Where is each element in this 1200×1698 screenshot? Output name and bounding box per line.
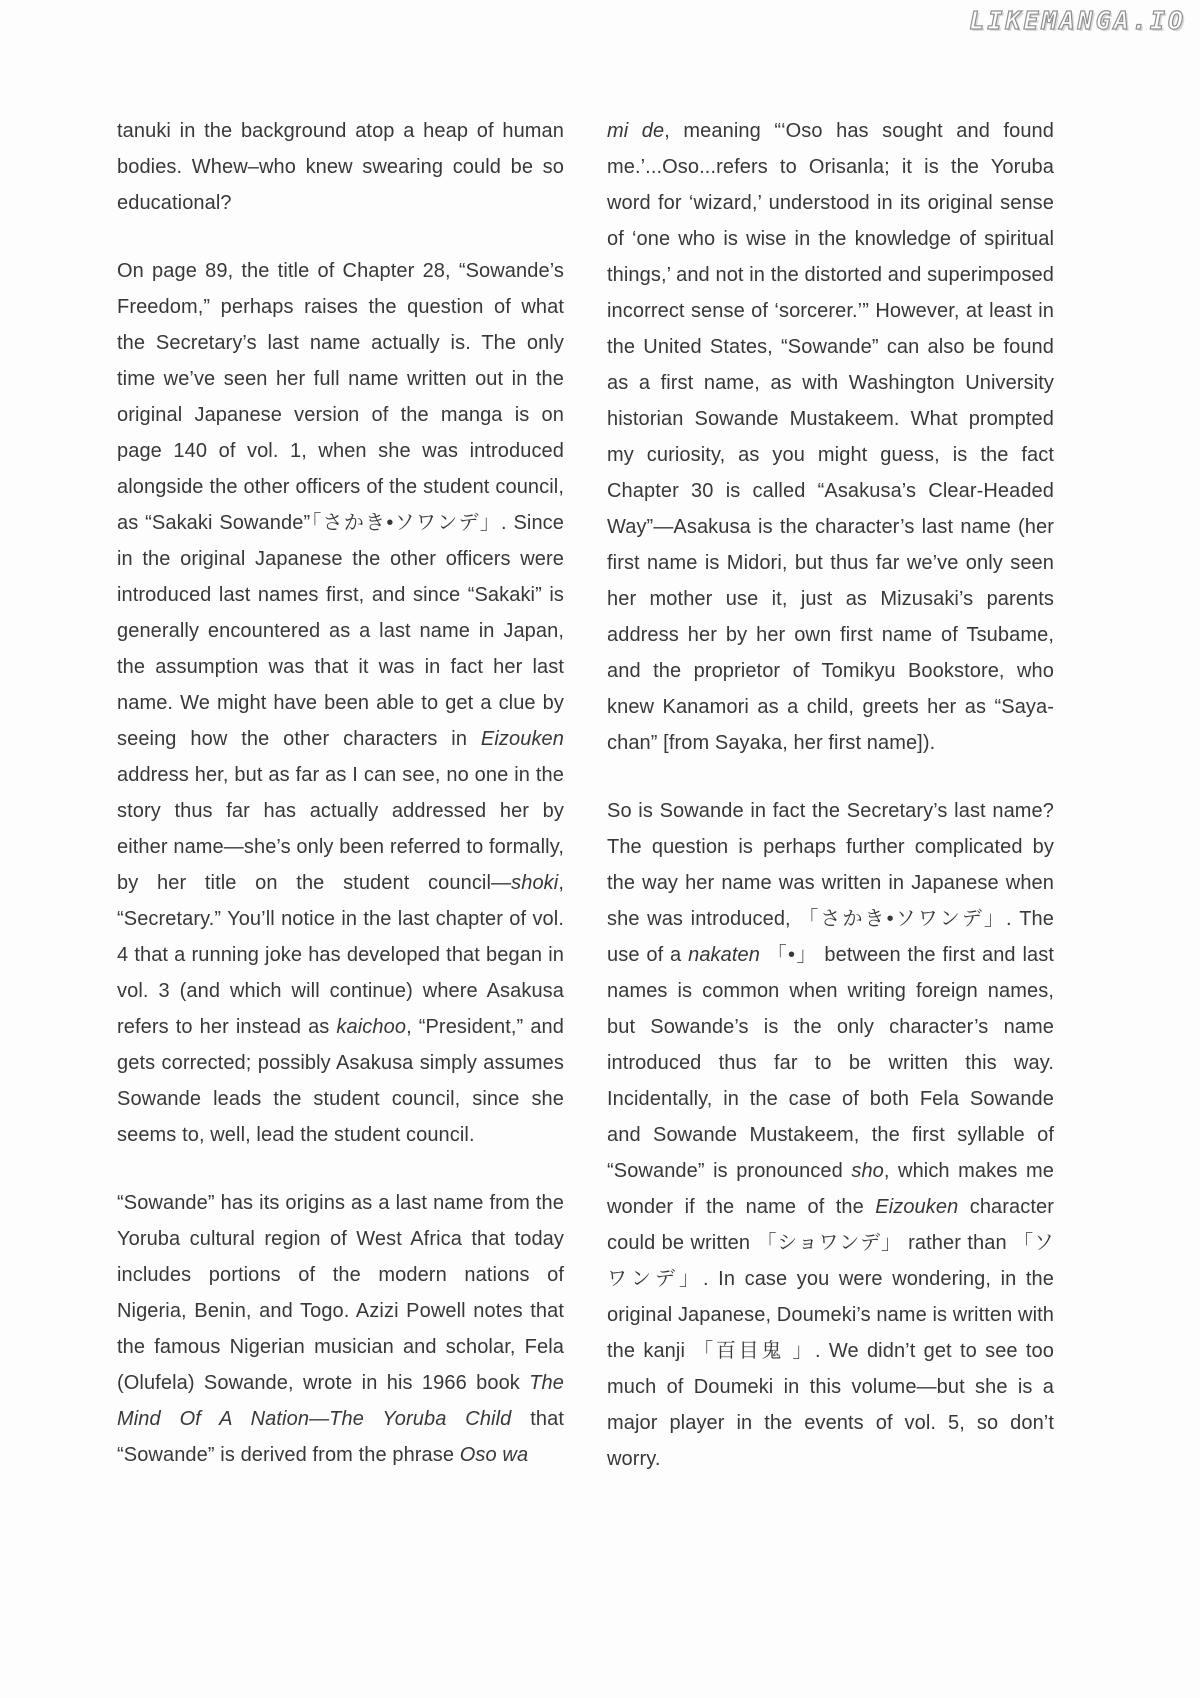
italic-text: nakaten xyxy=(688,944,760,966)
body-text: On page 89, the title of Chapter 28, “So… xyxy=(117,260,564,750)
right-column: mi de, meaning “‘Oso has sought and foun… xyxy=(607,113,1054,1477)
body-text: , “Secretary.” You’ll notice in the last… xyxy=(117,872,564,1038)
body-text: , meaning “‘Oso has sought and found me.… xyxy=(607,120,1054,754)
body-text: character could be written 「ショワンデ」 rathe… xyxy=(607,1196,1054,1470)
body-text: tanuki in the background atop a heap of … xyxy=(117,120,564,214)
italic-text: shoki xyxy=(511,872,558,894)
paragraph: mi de, meaning “‘Oso has sought and foun… xyxy=(607,113,1054,761)
paragraph: On page 89, the title of Chapter 28, “So… xyxy=(117,253,564,1153)
paragraph: “Sowande” has its origins as a last name… xyxy=(117,1185,564,1473)
body-text: “Sowande” has its origins as a last name… xyxy=(117,1192,564,1394)
italic-text: kaichoo xyxy=(336,1016,406,1038)
italic-text: Eizouken xyxy=(481,728,564,750)
manga-text-page: LIKEMANGA.IO tanuki in the background at… xyxy=(0,0,1200,1698)
italic-text: sho xyxy=(851,1160,884,1182)
body-text: So is Sowande in fact the Secretary’s la… xyxy=(607,800,1054,966)
left-column: tanuki in the background atop a heap of … xyxy=(117,113,564,1473)
body-text: 「•」 between the first and last names is … xyxy=(607,944,1054,1182)
site-watermark: LIKEMANGA.IO xyxy=(969,6,1186,35)
italic-text: Oso wa xyxy=(460,1444,528,1466)
body-text: address her, but as far as I can see, no… xyxy=(117,764,564,894)
paragraph: tanuki in the background atop a heap of … xyxy=(117,113,564,221)
italic-text: Eizouken xyxy=(875,1196,958,1218)
paragraph: So is Sowande in fact the Secretary’s la… xyxy=(607,793,1054,1477)
italic-text: mi de xyxy=(607,120,664,142)
